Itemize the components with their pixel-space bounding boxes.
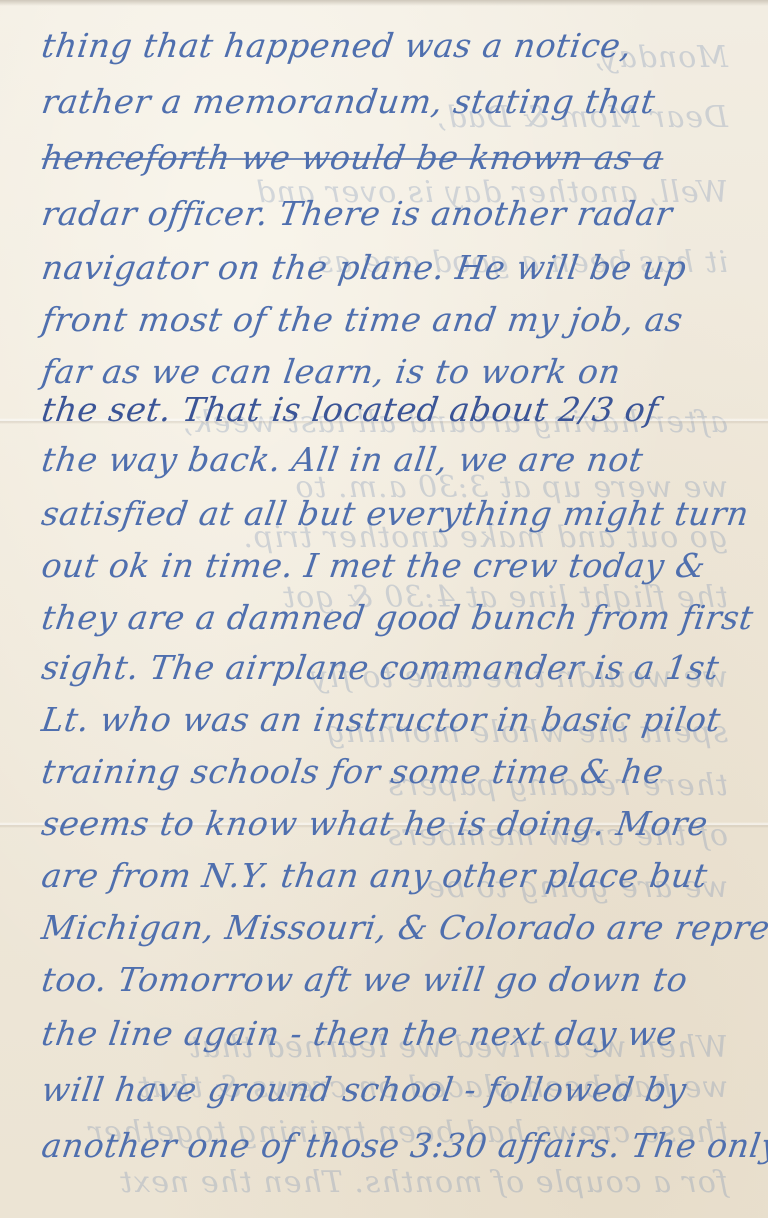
- letter-line-10: satisfied at all but everything might tu…: [38, 486, 766, 542]
- letter-page: Monday, Dear Mom & Dad, Well, another da…: [0, 0, 768, 1218]
- letter-body: thing that happened was a notice, rather…: [0, 0, 768, 1218]
- letter-line-21: will have ground school - followed by: [38, 1062, 766, 1118]
- letter-line-19: too. Tomorrow aft we will go down to: [38, 952, 766, 1008]
- letter-line-14: Lt. who was an instructor in basic pilot: [38, 692, 766, 748]
- letter-line-20: the line again - then the next day we: [38, 1006, 766, 1062]
- letter-line-9: the way back. All in all, we are not: [38, 432, 766, 488]
- letter-line-16: seems to know what he is doing. More: [38, 796, 766, 852]
- letter-line-12: they are a damned good bunch from first: [38, 590, 766, 646]
- letter-line-8: the set. That is located about 2/3 of: [38, 382, 766, 438]
- letter-line-18: Michigan, Missouri, & Colorado are repre…: [38, 900, 766, 956]
- letter-line-11: out ok in time. I met the crew today &: [38, 538, 766, 594]
- letter-line-15: training schools for some time & he: [38, 744, 766, 800]
- letter-line-6: front most of the time and my job, as: [38, 292, 766, 348]
- letter-line-22: another one of those 3:30 affairs. The o…: [38, 1118, 766, 1174]
- letter-line-1: thing that happened was a notice,: [38, 18, 766, 74]
- letter-line-3: henceforth we would be known as a: [38, 130, 766, 186]
- letter-line-5: navigator on the plane. He will be up: [38, 240, 766, 296]
- letter-line-13: sight. The airplane commander is a 1st: [38, 640, 766, 696]
- letter-line-4: radar officer. There is another radar: [38, 186, 766, 242]
- letter-line-17: are from N.Y. than any other place but: [38, 848, 766, 904]
- letter-line-2: rather a memorandum, stating that: [38, 74, 766, 130]
